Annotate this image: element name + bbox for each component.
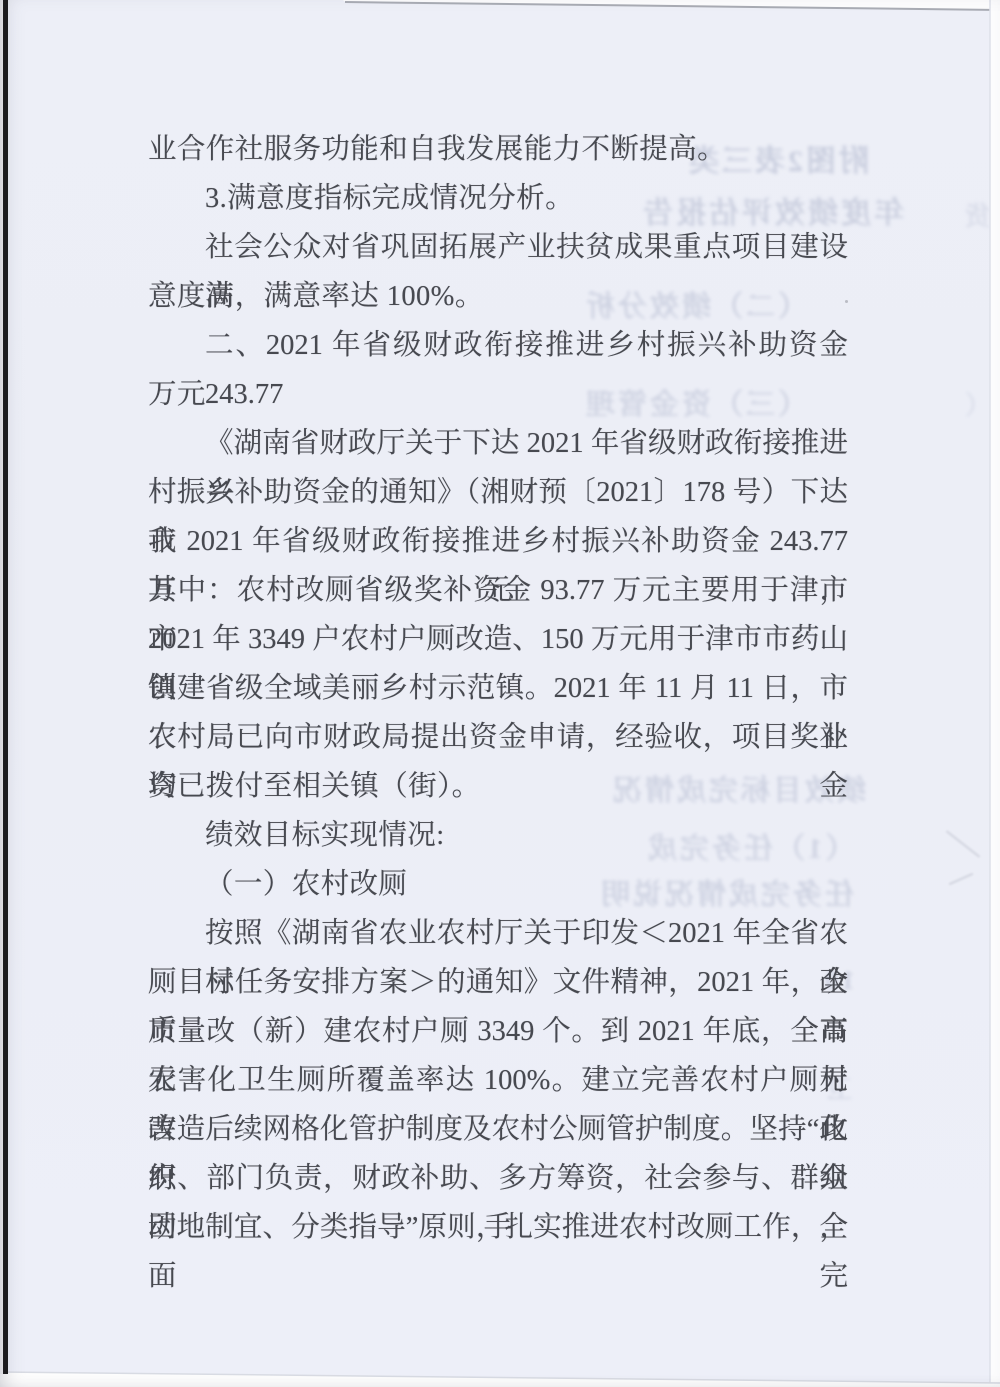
- text-line: 创建省级全域美丽乡村示范镇。2021 年 11 月 11 日，市农业: [148, 664, 848, 713]
- bleedthrough-text: 货: [962, 196, 991, 233]
- text-line: 《湖南省财政厅关于下达 2021 年省级财政衔接推进乡: [148, 419, 848, 468]
- text-line: 厕目标任务安排方案＞的通知》文件精神，2021 年，全市高: [148, 958, 848, 1007]
- text-line: 农村局已向市财政局提出资金申请，经验收，项目奖补资金: [148, 713, 848, 762]
- text-line: 业合作社服务功能和自我发展能力不断提高。: [148, 125, 848, 174]
- bleedthrough-text: （: [962, 385, 991, 422]
- text-line: 二、2021 年省级财政衔接推进乡村振兴补助资金 243.77: [148, 321, 848, 370]
- text-line: 意度高，满意率达 100%。: [148, 272, 848, 321]
- document-body: 业合作社服务功能和自我发展能力不断提高。3.满意度指标完成情况分析。社会公众对省…: [148, 125, 848, 1252]
- text-line: 织、部门负责，财政补助、多方筹资，社会参与、群众动手，: [148, 1154, 848, 1203]
- text-line: 2021 年 3349 户农村户厕改造、150 万元用于津市市药山镇: [148, 615, 848, 664]
- text-line: 质量改（新）建农村户厕 3349 个。到 2021 年底，全市农村: [148, 1007, 848, 1056]
- text-line: 社会公众对省巩固拓展产业扶贫成果重点项目建设满: [148, 223, 848, 272]
- text-line: 绩效目标实现情况:: [148, 811, 848, 860]
- text-line: 改造后续网格化管护制度及农村公厕管护制度。坚持“政府组: [148, 1105, 848, 1154]
- text-line: 因地制宜、分类指导”原则，扎实推进农村改厕工作，全面完: [148, 1203, 848, 1252]
- text-line: 按照《湖南省农业农村厅关于印发＜2021 年全省农村改: [148, 909, 848, 958]
- text-line: 无害化卫生厕所覆盖率达 100%。建立完善农村户厕无害化: [148, 1056, 848, 1105]
- text-line: 其中：农村改厕省级奖补资金 93.77 万元主要用于津市市: [148, 566, 848, 615]
- scanned-page: 附图2表三类年度绩效评估报告（二）绩效分析（三）资金管理绩效目标完成情况（1）任…: [0, 0, 1000, 1387]
- text-line: 村振兴补助资金的通知》（湘财预〔2021〕178 号）下达我: [148, 468, 848, 517]
- text-line: 市 2021 年省级财政衔接推进乡村振兴补助资金 243.77 万元，: [148, 517, 848, 566]
- text-line: 3.满意度指标完成情况分析。: [148, 174, 848, 223]
- text-line: （一）农村改厕: [148, 860, 848, 909]
